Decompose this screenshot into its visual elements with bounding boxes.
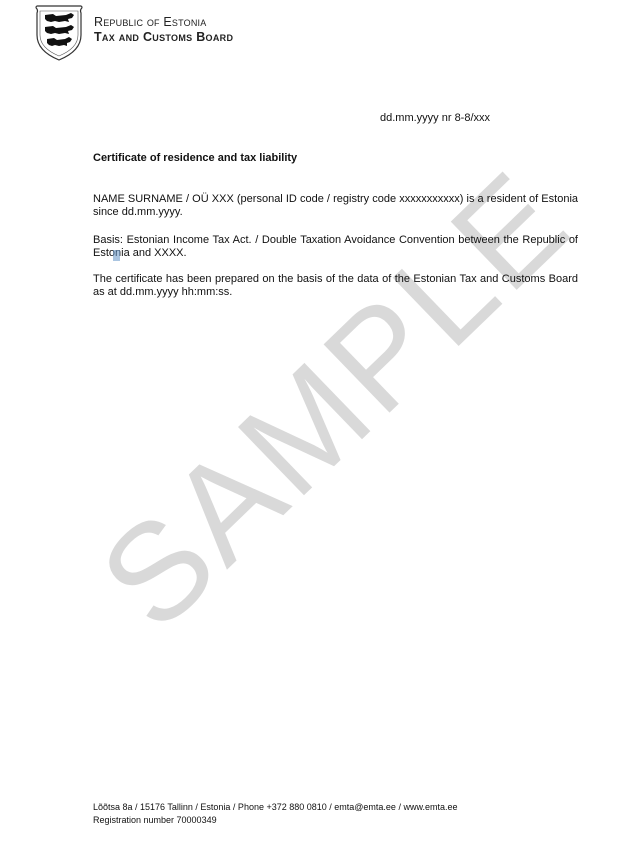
data-source-paragraph: The certificate has been prepared on the…: [93, 273, 578, 299]
organization-name: Republic of Estonia Tax and Customs Boar…: [94, 15, 233, 45]
text-cursor-highlight: [113, 250, 120, 261]
document-page: SAMPLE Republic of Estonia Tax and Custo…: [0, 0, 630, 853]
residence-paragraph: NAME SURNAME / OÜ XXX (personal ID code …: [93, 193, 578, 219]
sample-watermark: SAMPLE: [77, 148, 593, 653]
document-reference: dd.mm.yyyy nr 8-8/xxx: [380, 112, 490, 124]
footer: Lõõtsa 8a / 15176 Tallinn / Estonia / Ph…: [93, 801, 457, 827]
basis-paragraph: Basis: Estonian Income Tax Act. / Double…: [93, 234, 578, 260]
footer-registration: Registration number 70000349: [93, 814, 457, 827]
org-country: Republic of Estonia: [94, 15, 233, 30]
document-title: Certificate of residence and tax liabili…: [93, 152, 297, 164]
org-board: Tax and Customs Board: [94, 30, 233, 45]
estonian-coat-of-arms-icon: [33, 5, 85, 61]
footer-address: Lõõtsa 8a / 15176 Tallinn / Estonia / Ph…: [93, 801, 457, 814]
